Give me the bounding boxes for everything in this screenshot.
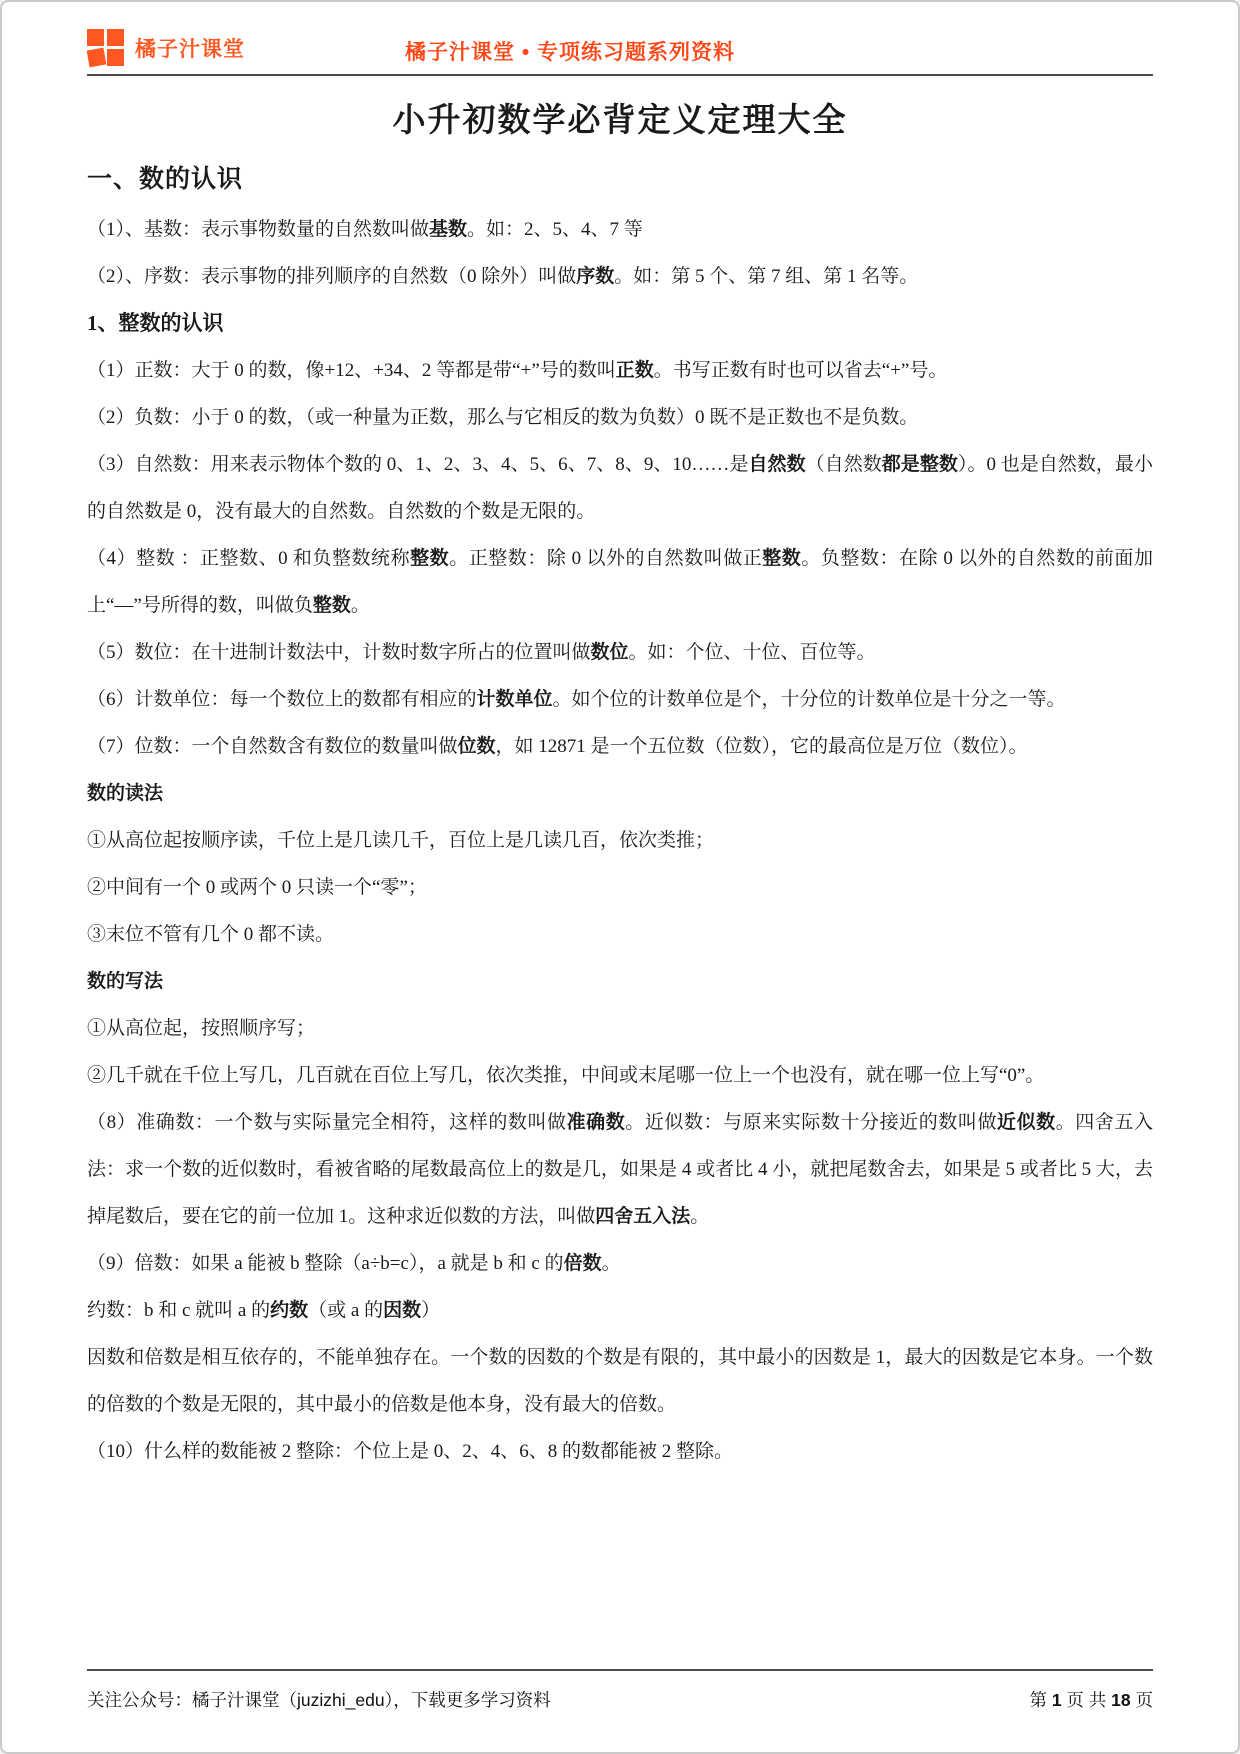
bold-text: 约数	[270, 1300, 308, 1321]
text: （2）、序数：表示事物的排列顺序的自然数（0 除外）叫做	[87, 266, 576, 287]
text: （5）数位：在十进制计数法中，计数时数字所占的位置叫做	[87, 642, 591, 663]
text: 。	[351, 595, 370, 616]
bold-text: 数的写法	[87, 971, 163, 992]
document-page: 橘子汁课堂 橘子汁课堂 • 专项练习题系列资料 小升初数学必背定义定理大全 一、…	[0, 0, 1240, 1754]
series-title: 橘子汁课堂 • 专项练习题系列资料	[405, 36, 735, 66]
bold-text: 近似数	[997, 1112, 1056, 1133]
bold-text: 18	[1111, 1690, 1130, 1710]
paragraph-jishudanwei: （6）计数单位：每一个数位上的数都有相应的计数单位。如个位的计数单位是个，十分位…	[87, 676, 1153, 723]
bold-text: 序数	[576, 266, 614, 287]
text: （1）、基数：表示事物数量的自然数叫做	[87, 219, 429, 240]
paragraph-dufa-2: ②中间有一个 0 或两个 0 只读一个“零”；	[87, 864, 1153, 911]
text: （或 a 的	[308, 1300, 383, 1321]
bold-text: 准确数	[567, 1112, 626, 1133]
text: 。	[602, 1253, 621, 1274]
paragraph-yinshu-beishu: 因数和倍数是相互依存的，不能单独存在。一个数的因数的个数是有限的，其中最小的因数…	[87, 1334, 1153, 1428]
text: （自然数	[806, 454, 882, 475]
paragraph-ziranshu: （3）自然数：用来表示物体个数的 0、1、2、3、4、5、6、7、8、9、10……	[87, 441, 1153, 535]
bold-text: 基数	[429, 219, 467, 240]
four-squares-logo-icon	[87, 28, 127, 68]
logo-square	[87, 29, 104, 46]
text: 因数和倍数是相互依存的，不能单独存在。一个数的因数的个数是有限的，其中最小的因数…	[87, 1347, 1153, 1415]
bold-text: 1、整数的认识	[87, 311, 224, 335]
text: 页	[1131, 1690, 1153, 1710]
text: （2）负数：小于 0 的数，（或一种量为正数，那么与它相反的数为负数）0 既不是…	[87, 407, 918, 428]
bold-text: 自然数	[749, 454, 806, 475]
paragraph-beishu: （9）倍数：如果 a 能被 b 整除（a÷b=c），a 就是 b 和 c 的倍数…	[87, 1240, 1153, 1287]
section-heading: 一、数的认识	[87, 154, 1153, 206]
paragraph-zhunqueshu: （8）准确数：一个数与实际量完全相符，这样的数叫做准确数。近似数：与原来实际数十…	[87, 1099, 1153, 1240]
text: ，如 12871 是一个五位数（位数），它的最高位是万位（数位）。	[496, 736, 1028, 757]
paragraph-fushu: （2）负数：小于 0 的数，（或一种量为正数，那么与它相反的数为负数）0 既不是…	[87, 394, 1153, 441]
text: 。近似数：与原来实际数十分接近的数叫做	[625, 1112, 997, 1133]
page-footer: 关注公众号：橘子汁课堂（juzizhi_edu），下载更多学习资料 第 1 页 …	[87, 1669, 1153, 1712]
footer-note: 关注公众号：橘子汁课堂（juzizhi_edu），下载更多学习资料	[87, 1687, 551, 1712]
bold-text: 1	[1052, 1690, 1062, 1710]
bold-text: 计数单位	[477, 689, 553, 710]
paragraph-zhengchu-2: （10）什么样的数能被 2 整除：个位上是 0、2、4、6、8 的数都能被 2 …	[87, 1428, 1153, 1475]
paragraph-dufa-1: ①从高位起按顺序读，千位上是几读几千，百位上是几读几百，依次类推；	[87, 817, 1153, 864]
brand-logo: 橘子汁课堂	[87, 28, 245, 68]
sub-section-heading: 1、整数的认识	[87, 300, 1153, 347]
logo-square	[107, 29, 124, 46]
bold-text: 数位	[591, 642, 629, 663]
footer-page-indicator: 第 1 页 共 18 页	[1029, 1687, 1153, 1712]
text: （7）位数：一个自然数含有数位的数量叫做	[87, 736, 458, 757]
bold-text: 整数	[313, 595, 351, 616]
text: ）	[421, 1300, 440, 1321]
bold-text: 都是整数	[882, 454, 958, 475]
paragraph-xushu: （2）、序数：表示事物的排列顺序的自然数（0 除外）叫做序数。如：第 5 个、第…	[87, 253, 1153, 300]
bold-text: 四舍五入法	[595, 1206, 690, 1227]
text: （3）自然数：用来表示物体个数的 0、1、2、3、4、5、6、7、8、9、10……	[87, 454, 749, 475]
text: ②几千就在千位上写几，几百就在百位上写几，依次类推，中间或末尾哪一位上一个也没有…	[87, 1065, 1044, 1086]
paragraph-dufa-3: ③末位不管有几个 0 都不读。	[87, 911, 1153, 958]
bold-text: 因数	[383, 1300, 421, 1321]
document-title: 小升初数学必背定义定理大全	[87, 94, 1153, 148]
text: 。如：个位、十位、百位等。	[629, 642, 876, 663]
text: 。正整数：除 0 以外的自然数叫做正	[449, 548, 762, 569]
text: （1）正数：大于 0 的数，像+12、+34、2 等都是带“+”号的数叫	[87, 360, 616, 381]
bold-text: 正数	[616, 360, 654, 381]
bold-text: 位数	[458, 736, 496, 757]
text: 约数：b 和 c 就叫 a 的	[87, 1300, 270, 1321]
paragraph-jishu: （1）、基数：表示事物数量的自然数叫做基数。如：2、5、4、7 等	[87, 206, 1153, 253]
logo-square	[87, 48, 107, 68]
document-blocks: 一、数的认识（1）、基数：表示事物数量的自然数叫做基数。如：2、5、4、7 等（…	[87, 154, 1153, 1475]
text: 页 共	[1062, 1690, 1112, 1710]
text: （10）什么样的数能被 2 整除：个位上是 0、2、4、6、8 的数都能被 2 …	[87, 1441, 733, 1462]
page-header: 橘子汁课堂 橘子汁课堂 • 专项练习题系列资料	[87, 28, 1153, 76]
logo-square	[107, 49, 124, 66]
bold-text: 一、数的认识	[87, 166, 243, 193]
text: ①从高位起，按照顺序写；	[87, 1018, 315, 1039]
heading-shudedufa: 数的读法	[87, 770, 1153, 817]
text: ①从高位起按顺序读，千位上是几读几千，百位上是几读几百，依次类推；	[87, 830, 714, 851]
paragraph-zhengshu2: （4）整数 ：正整数、0 和负整数统称整数。正整数：除 0 以外的自然数叫做正整…	[87, 535, 1153, 629]
paragraph-zhengshu: （1）正数：大于 0 的数，像+12、+34、2 等都是带“+”号的数叫正数。书…	[87, 347, 1153, 394]
text: （4）整数 ：正整数、0 和负整数统称	[87, 548, 410, 569]
brand-name: 橘子汁课堂	[135, 33, 245, 63]
bold-text: 倍数	[564, 1253, 602, 1274]
bold-text: 整数	[410, 548, 449, 569]
text: （6）计数单位：每一个数位上的数都有相应的	[87, 689, 477, 710]
document-content: 小升初数学必背定义定理大全 一、数的认识（1）、基数：表示事物数量的自然数叫做基…	[87, 94, 1153, 1475]
text: ②中间有一个 0 或两个 0 只读一个“零”；	[87, 877, 427, 898]
text: 。如个位的计数单位是个，十分位的计数单位是十分之一等。	[553, 689, 1066, 710]
paragraph-shuwei: （5）数位：在十进制计数法中，计数时数字所占的位置叫做数位。如：个位、十位、百位…	[87, 629, 1153, 676]
paragraph-xiefa-1: ①从高位起，按照顺序写；	[87, 1005, 1153, 1052]
text: （9）倍数：如果 a 能被 b 整除（a÷b=c），a 就是 b 和 c 的	[87, 1253, 564, 1274]
text: 。书写正数有时也可以省去“+”号。	[654, 360, 948, 381]
heading-shudexiefa: 数的写法	[87, 958, 1153, 1005]
text: （8）准确数：一个数与实际量完全相符，这样的数叫做	[87, 1112, 567, 1133]
text: ③末位不管有几个 0 都不读。	[87, 924, 334, 945]
text: 第	[1029, 1690, 1051, 1710]
text: 。	[690, 1206, 709, 1227]
bold-text: 数的读法	[87, 783, 163, 804]
text: 。如：第 5 个、第 7 组、第 1 名等。	[614, 266, 918, 287]
paragraph-yueshu: 约数：b 和 c 就叫 a 的约数（或 a 的因数）	[87, 1287, 1153, 1334]
text: 。如：2、5、4、7 等	[467, 219, 643, 240]
bold-text: 整数	[762, 548, 801, 569]
paragraph-xiefa-2: ②几千就在千位上写几，几百就在百位上写几，依次类推，中间或末尾哪一位上一个也没有…	[87, 1052, 1153, 1099]
paragraph-weishu: （7）位数：一个自然数含有数位的数量叫做位数，如 12871 是一个五位数（位数…	[87, 723, 1153, 770]
